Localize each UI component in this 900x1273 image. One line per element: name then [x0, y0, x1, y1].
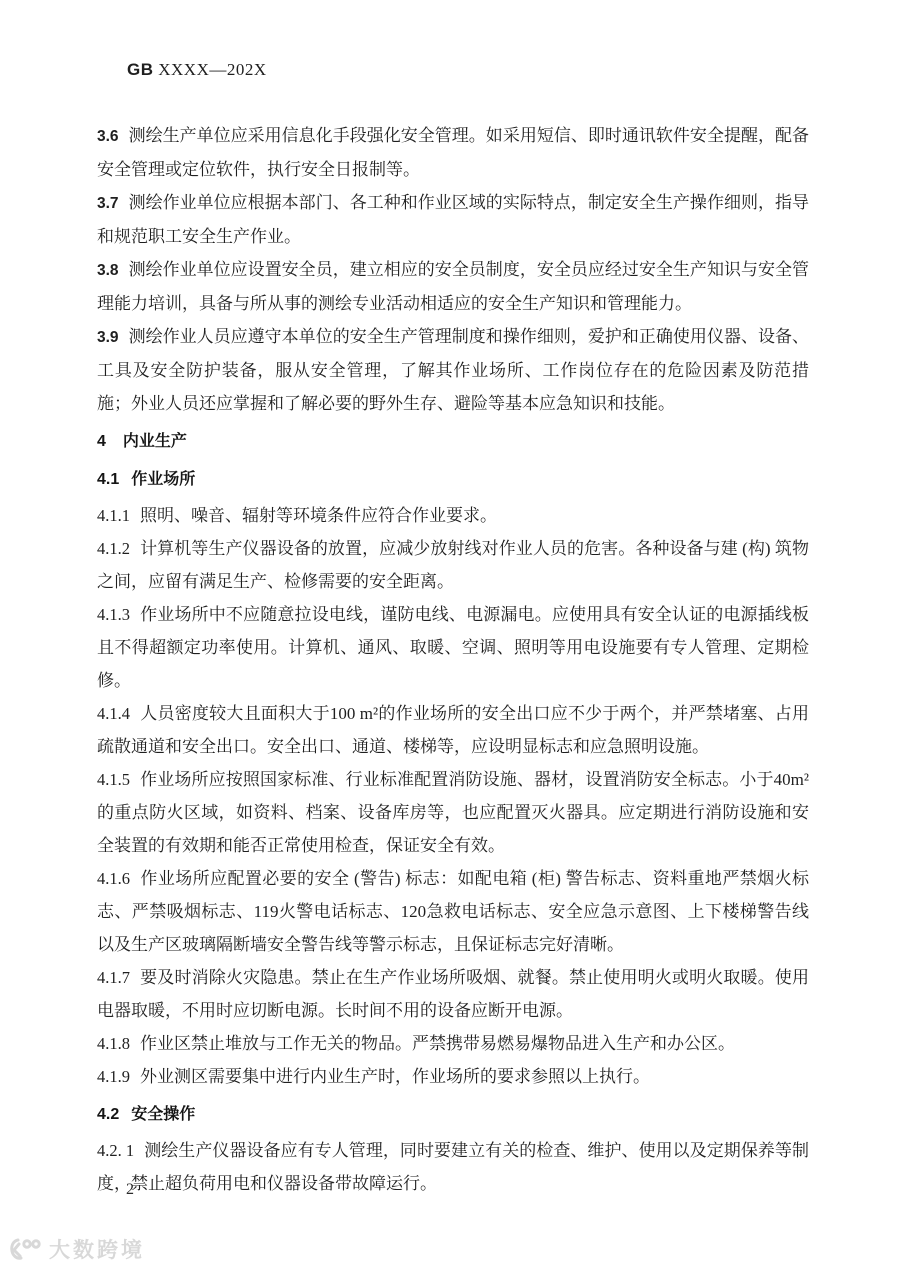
clause-number: 4.1.6	[97, 869, 130, 888]
clause-text: 人员密度较大且面积大于100 m²的作业场所的安全出口应不少于两个，并严禁堵塞、…	[97, 704, 809, 756]
clause-text: 测绘作业单位应设置安全员，建立相应的安全员制度，安全员应经过安全生产知识与安全管…	[97, 260, 809, 313]
clause-3.8: 3.8测绘作业单位应设置安全员，建立相应的安全员制度，安全员应经过安全生产知识与…	[97, 253, 809, 320]
clause-text: 计算机等生产仪器设备的放置，应减少放射线对作业人员的危害。各种设备与建 (构) …	[97, 539, 809, 591]
clause-number: 3.7	[97, 195, 119, 212]
section-number: 4.1	[97, 471, 119, 488]
clause-4.1.3: 4.1.3作业场所中不应随意拉设电线，谨防电线、电源漏电。应使用具有安全认证的电…	[97, 598, 809, 697]
watermark-brand-text: 大数跨境	[49, 1234, 145, 1264]
section-title: 作业场所	[131, 471, 195, 488]
clause-number: 4.1.5	[97, 770, 130, 789]
clause-4.1.8: 4.1.8作业区禁止堆放与工作无关的物品。严禁携带易燃易爆物品进入生产和办公区。	[97, 1027, 809, 1060]
clause-text: 测绘生产仪器设备应有专人管理，同时要建立有关的检查、维护、使用以及定期保养等制度…	[97, 1141, 809, 1193]
clause-text: 测绘作业单位应根据本部门、各工种和作业区域的实际特点，制定安全生产操作细则，指导…	[97, 193, 809, 246]
clause-number: 4.1.1	[97, 506, 130, 525]
section-heading-4.2: 4.2安全操作	[97, 1098, 809, 1131]
clause-3.9: 3.9测绘作业人员应遵守本单位的安全生产管理制度和操作细则，爱护和正确使用仪器、…	[97, 320, 809, 420]
clause-3.6: 3.6测绘生产单位应采用信息化手段强化安全管理。如采用短信、即时通讯软件安全提醒…	[97, 119, 809, 186]
section-title: 内业生产	[123, 433, 187, 450]
clause-text: 作业场所应配置必要的安全 (警告) 标志：如配电箱 (柜) 警告标志、资料重地严…	[97, 869, 809, 954]
clause-4.2.1: 4.2. 1测绘生产仪器设备应有专人管理，同时要建立有关的检查、维护、使用以及定…	[97, 1134, 809, 1200]
clause-text: 外业测区需要集中进行内业生产时，作业场所的要求参照以上执行。	[140, 1067, 650, 1086]
clause-text: 要及时消除火灾隐患。禁止在生产作业场所吸烟、就餐。禁止使用明火或明火取暖。使用电…	[97, 968, 809, 1020]
clause-number: 3.6	[97, 128, 119, 145]
clause-number: 3.8	[97, 262, 119, 279]
clause-number: 4.1.8	[97, 1034, 130, 1053]
clause-number: 4.2. 1	[97, 1141, 134, 1160]
document-page: GB XXXX—202X 3.6测绘生产单位应采用信息化手段强化安全管理。如采用…	[0, 0, 900, 1273]
standard-code-number: XXXX—202X	[154, 60, 267, 79]
clause-number: 4.1.3	[97, 605, 130, 624]
clause-3.7: 3.7测绘作业单位应根据本部门、各工种和作业区域的实际特点，制定安全生产操作细则…	[97, 186, 809, 253]
section-number: 4	[97, 433, 106, 450]
clause-4.1.9: 4.1.9外业测区需要集中进行内业生产时，作业场所的要求参照以上执行。	[97, 1060, 809, 1093]
watermark: 大数跨境	[8, 1234, 145, 1264]
clause-4.1.4: 4.1.4人员密度较大且面积大于100 m²的作业场所的安全出口应不少于两个，并…	[97, 697, 809, 763]
clause-text: 作业场所应按照国家标准、行业标准配置消防设施、器材，设置消防安全标志。小于40m…	[97, 770, 809, 855]
clause-4.1.6: 4.1.6作业场所应配置必要的安全 (警告) 标志：如配电箱 (柜) 警告标志、…	[97, 862, 809, 961]
clause-text: 作业区禁止堆放与工作无关的物品。严禁携带易燃易爆物品进入生产和办公区。	[140, 1034, 735, 1053]
clause-4.1.1: 4.1.1照明、噪音、辐射等环境条件应符合作业要求。	[97, 499, 809, 532]
section-heading-4.1: 4.1作业场所	[97, 463, 809, 496]
clause-text: 作业场所中不应随意拉设电线，谨防电线、电源漏电。应使用具有安全认证的电源插线板且…	[97, 605, 809, 690]
section-title: 安全操作	[131, 1106, 195, 1123]
section-heading-4: 4内业生产	[97, 425, 809, 458]
clause-4.1.5: 4.1.5作业场所应按照国家标准、行业标准配置消防设施、器材，设置消防安全标志。…	[97, 763, 809, 862]
clause-number: 4.1.9	[97, 1067, 130, 1086]
document-body: 3.6测绘生产单位应采用信息化手段强化安全管理。如采用短信、即时通讯软件安全提醒…	[97, 119, 809, 1200]
clause-number: 3.9	[97, 329, 119, 346]
clause-number: 4.1.4	[97, 704, 130, 723]
standard-code-prefix: GB	[127, 60, 154, 79]
brand-logo-icon	[8, 1236, 44, 1263]
clause-4.1.7: 4.1.7要及时消除火灾隐患。禁止在生产作业场所吸烟、就餐。禁止使用明火或明火取…	[97, 961, 809, 1027]
clause-text: 测绘作业人员应遵守本单位的安全生产管理制度和操作细则，爱护和正确使用仪器、设备、…	[97, 327, 809, 413]
clause-number: 4.1.7	[97, 968, 130, 987]
section-number: 4.2	[97, 1106, 119, 1123]
standard-code-header: GB XXXX—202X	[127, 60, 267, 80]
clause-text: 照明、噪音、辐射等环境条件应符合作业要求。	[140, 506, 497, 525]
clause-text: 测绘生产单位应采用信息化手段强化安全管理。如采用短信、即时通讯软件安全提醒，配备…	[97, 126, 809, 179]
clause-number: 4.1.2	[97, 539, 130, 558]
clause-4.1.2: 4.1.2计算机等生产仪器设备的放置，应减少放射线对作业人员的危害。各种设备与建…	[97, 532, 809, 598]
page-number: 2	[126, 1181, 134, 1199]
